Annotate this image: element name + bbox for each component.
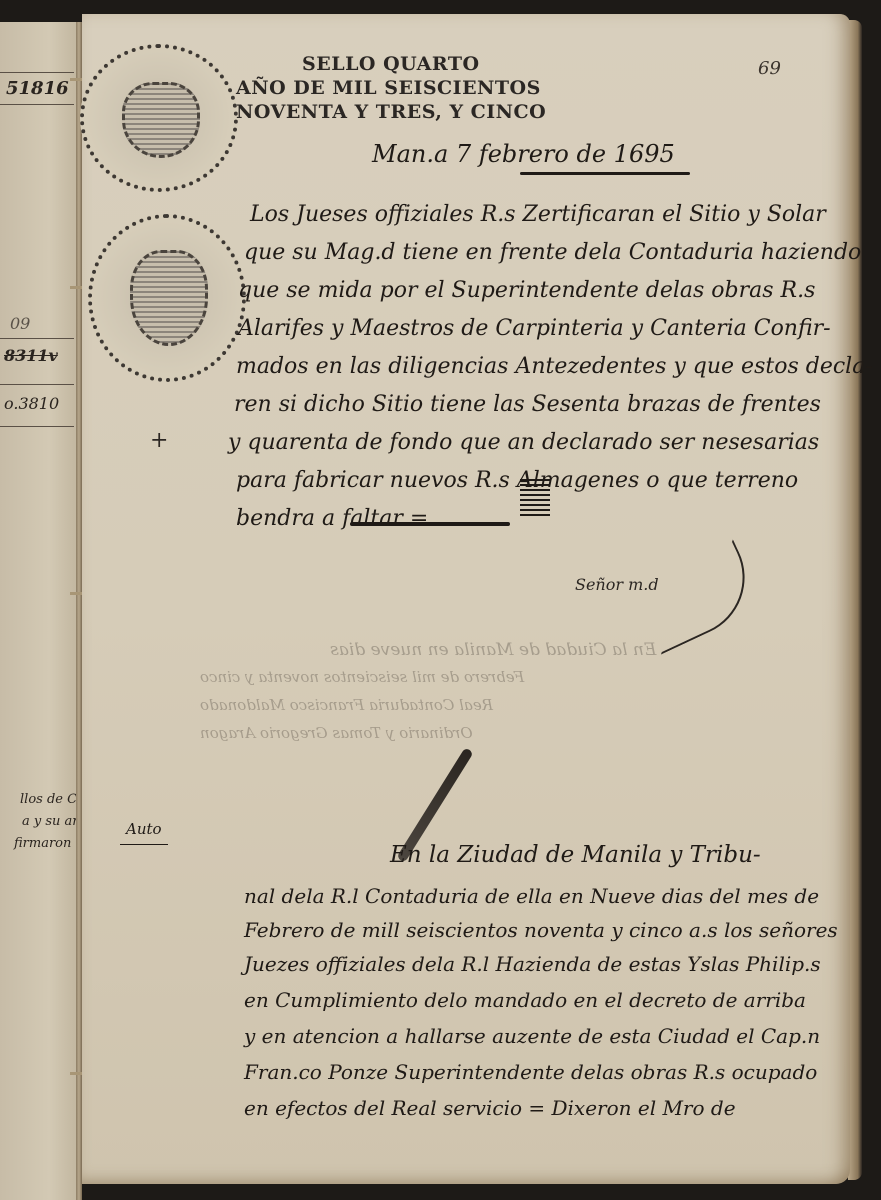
stamp-line: AÑO DE MIL SEISCIENTOS [236,76,546,100]
text-line: en efectos del Real servicio = Dixeron e… [244,1096,736,1120]
rubric-flourish [520,476,550,516]
text-line: Alarifes y Maestros de Carpinteria y Can… [238,316,831,341]
text-line: para fabricar nuevos R.s Almagenes o que… [236,468,798,493]
bleed-through-text: En la Ciudad de Manila en nueve dias [330,640,656,660]
text-line: Febrero de mill seiscientos noventa y ci… [244,918,838,942]
bleed-through-text: Febrero de mil seiscientos noventa y cin… [200,668,524,686]
ledger-rule [0,384,74,385]
text-line: bendra a faltar = [236,506,428,531]
ledger-rule [0,72,74,73]
text-line: que su Mag.d tiene en frente dela Contad… [244,240,861,265]
coat-of-arms [130,250,208,346]
page-edge [848,20,862,1180]
royal-seal-top [80,44,238,192]
text-line: nal dela R.l Contaduria de ella en Nueve… [244,884,819,908]
ledger-rule [0,426,74,427]
text-line: y en atencion a hallarse auzente de esta… [244,1024,820,1048]
bleed-through-text: Real Contaduria Francisco Maldonado [200,696,493,714]
text-line: y quarenta de fondo que an declarado ser… [228,430,819,455]
closing-flourish [350,522,510,526]
text-line: mados en las diligencias Antezedentes y … [236,354,873,379]
text-line: en Cumplimiento delo mandado en el decre… [244,988,806,1012]
date-underline [520,172,690,175]
left-page-entry: o.3810 [4,394,59,413]
royal-seal-bottom [88,214,246,382]
text-line: En la Ziudad de Manila y Tribu- [390,842,761,868]
text-line: Fran.co Ponze Superintendente delas obra… [244,1060,817,1084]
stamp-line: NOVENTA Y TRES, Y CINCO [236,100,546,124]
text-line: que se mida por el Superintendente delas… [238,278,815,303]
date-line: Man.a 7 febrero de 1695 [372,140,675,168]
left-page-entry: 51816 [6,78,69,99]
cross-mark: + [150,428,168,453]
left-page-text: firmaron [14,836,71,851]
ledger-rule [0,338,74,339]
folio-number: 69 [758,58,781,79]
sello-stamp: SELLO QUARTO AÑO DE MIL SEISCIENTOS NOVE… [236,52,546,124]
left-page-entry: 8311v [4,346,58,365]
text-line: Los Jueses offiziales R.s Zertificaran e… [250,202,826,227]
ledger-rule [0,104,74,105]
text-line: ren si dicho Sitio tiene las Sesenta bra… [234,392,821,417]
coat-of-arms [122,82,200,158]
left-page-entry: 09 [10,314,30,333]
bleed-through-text: Ordinario y Tomas Gregorio Aragon [200,724,473,742]
stamp-line: SELLO QUARTO [236,52,546,76]
margin-note-auto: Auto [120,820,168,845]
text-line: Juezes offiziales dela R.l Hazienda de e… [244,952,821,976]
facing-left-page: 51816 09 8311v o.3810 llos de Car a y su… [0,22,82,1200]
